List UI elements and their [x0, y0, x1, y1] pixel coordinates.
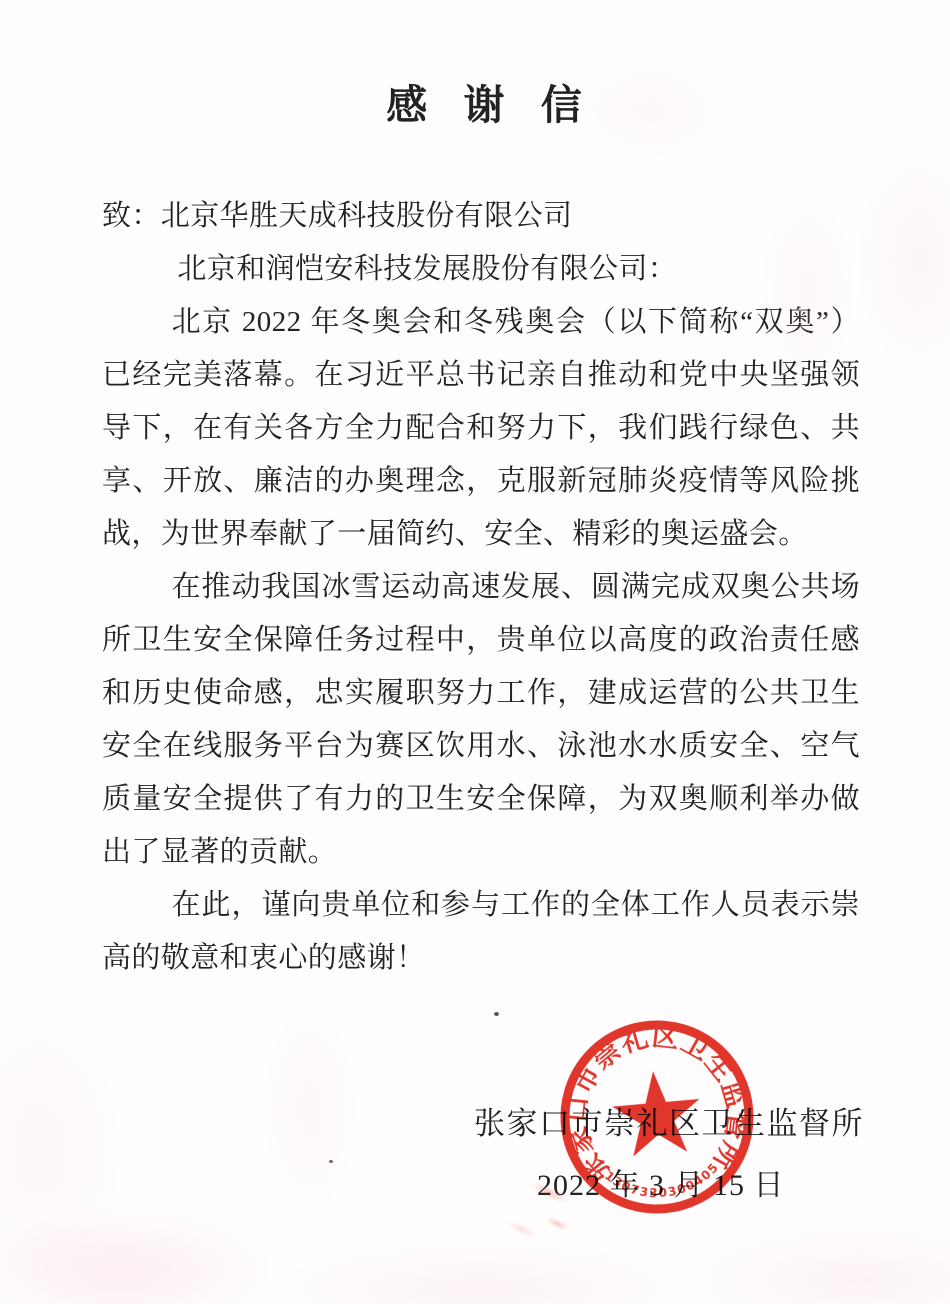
paragraph-1: 北京 2022 年冬奥会和冬残奥会（以下简称“双奥”）已经完美落幕。在习近平总书…	[102, 296, 860, 561]
stamp-star-icon	[609, 1067, 704, 1158]
paragraph-3: 在此，谨向贵单位和参与工作的全体工作人员表示崇高的敬意和衷心的感谢！	[102, 879, 860, 985]
recipient-line-1: 致：北京华胜天成科技股份有限公司	[102, 190, 860, 243]
letter-body: 致：北京华胜天成科技股份有限公司 北京和润恺安科技发展股份有限公司： 北京 20…	[102, 190, 860, 985]
paragraph-2: 在推动我国冰雪运动高速发展、圆满完成双奥公共场所卫生安全保障任务过程中，贵单位以…	[102, 561, 860, 879]
letter-title: 感 谢 信	[0, 72, 950, 131]
scan-speck	[494, 1012, 499, 1016]
recipient-line-2: 北京和润恺安科技发展股份有限公司：	[102, 243, 860, 296]
scan-speck	[329, 1160, 333, 1163]
letter-page: 感 谢 信 致：北京华胜天成科技股份有限公司 北京和润恺安科技发展股份有限公司：…	[0, 0, 950, 1304]
official-seal-stamp: 张家口市崇礼区卫生监督所 1307330300405	[548, 1008, 767, 1227]
